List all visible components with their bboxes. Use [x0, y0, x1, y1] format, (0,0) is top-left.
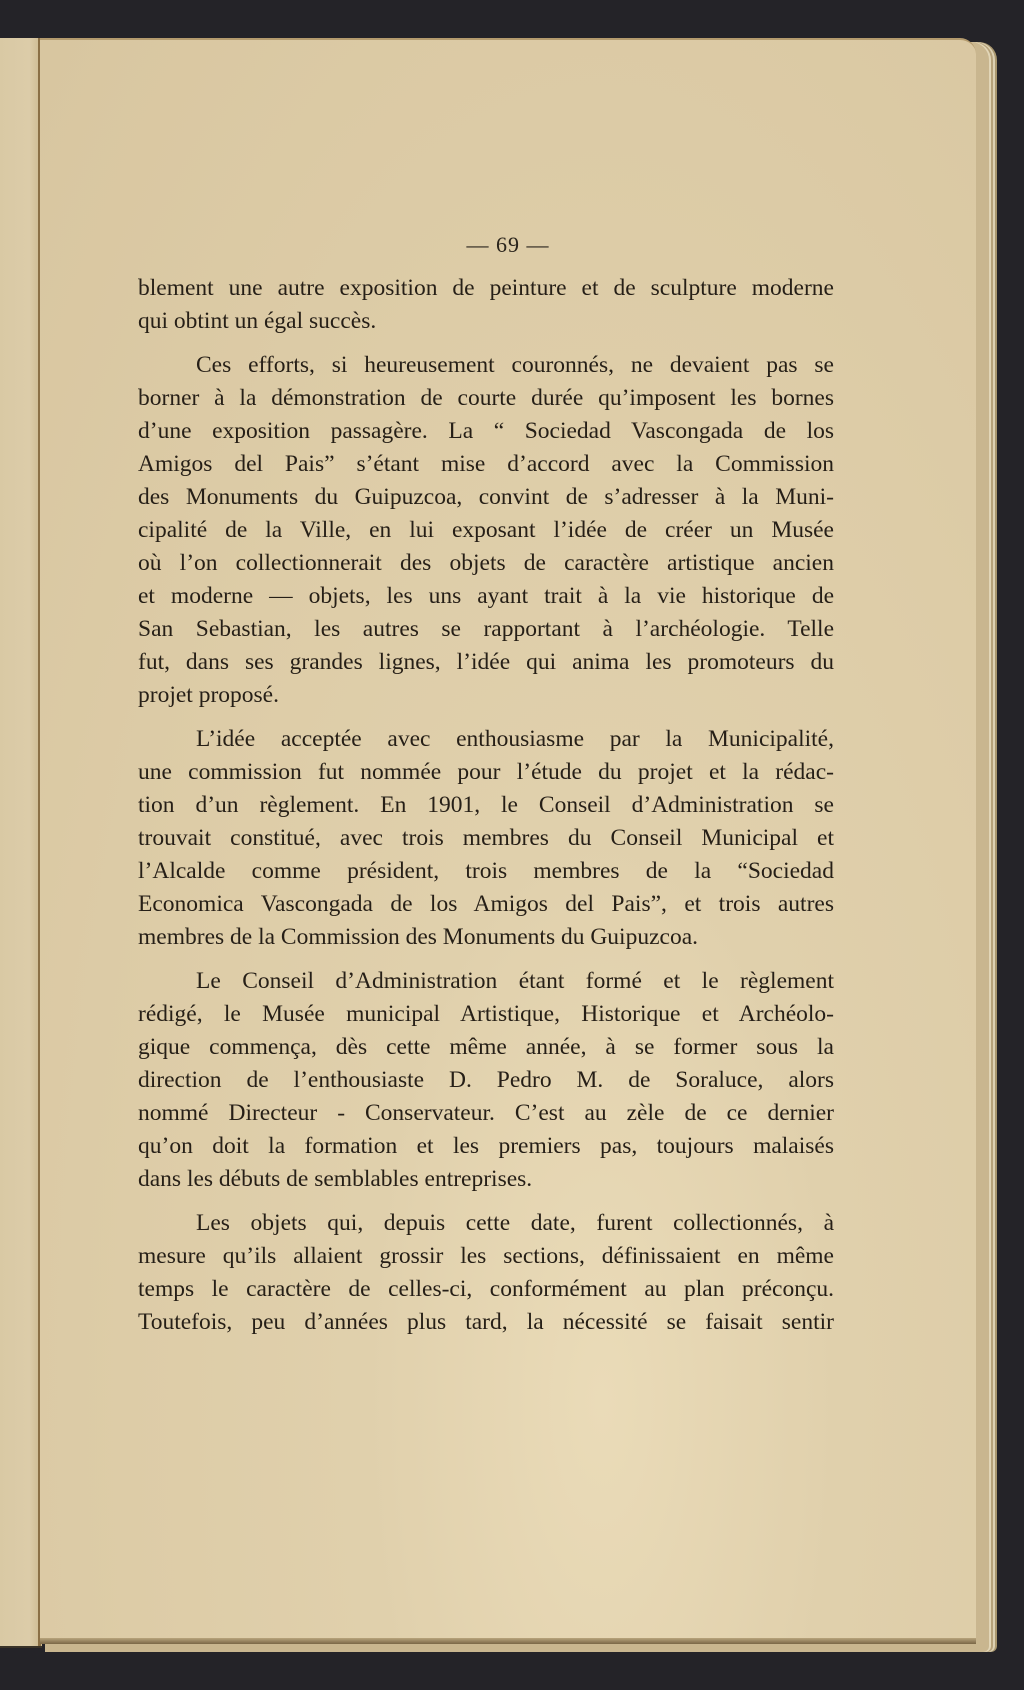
text-line: nommé Directeur - Conservateur. C’est au…	[138, 1097, 834, 1130]
paragraph: L’idée acceptée avec enthousiasme par la…	[138, 723, 834, 954]
text-line: des Monuments du Guipuzcoa, convint de s…	[138, 481, 834, 514]
text-line: dans les débuts de semblables entreprise…	[138, 1163, 834, 1196]
text-line: où l’on collectionnerait des objets de c…	[138, 547, 834, 580]
text-line: Toutefois, peu d’années plus tard, la né…	[138, 1306, 834, 1339]
paragraph: Le Conseil d’Administration étant formé …	[138, 965, 834, 1196]
paragraph: Les objets qui, depuis cette date, furen…	[138, 1207, 834, 1339]
text-line: gique commença, dès cette même année, à …	[138, 1031, 834, 1064]
book-page: — 69 — blement une autre exposition de p…	[40, 38, 976, 1642]
text-line: membres de la Commission des Monuments d…	[138, 921, 834, 954]
text-line: L’idée acceptée avec enthousiasme par la…	[138, 723, 834, 756]
text-line: borner à la démonstration de courte duré…	[138, 382, 834, 415]
body-text: blement une autre exposition de peinture…	[138, 272, 834, 1350]
text-line: l’Alcalde comme président, trois membres…	[138, 855, 834, 888]
page-bottom-edge	[40, 1638, 976, 1644]
previous-page-edge	[0, 38, 42, 1648]
text-line: Les objets qui, depuis cette date, furen…	[138, 1207, 834, 1240]
text-line: direction de l’enthousiaste D. Pedro M. …	[138, 1064, 834, 1097]
paragraph: Ces efforts, si heureusement couronnés, …	[138, 349, 834, 712]
text-line: mesure qu’ils allaient grossir les secti…	[138, 1240, 834, 1273]
text-line: une commission fut nommée pour l’étude d…	[138, 756, 834, 789]
text-line: blement une autre exposition de peinture…	[138, 272, 834, 305]
text-line: temps le caractère de celles-ci, conform…	[138, 1273, 834, 1306]
text-line: Economica Vascongada de los Amigos del P…	[138, 888, 834, 921]
text-line: et moderne — objets, les uns ayant trait…	[138, 580, 834, 613]
page-number: — 69 —	[40, 232, 976, 258]
text-line: Ces efforts, si heureusement couronnés, …	[138, 349, 834, 382]
text-line: rédigé, le Musée municipal Artistique, H…	[138, 998, 834, 1031]
text-line: Le Conseil d’Administration étant formé …	[138, 965, 834, 998]
text-line: qui obtint un égal succès.	[138, 305, 834, 338]
text-line: d’une exposition passagère. La “ Socieda…	[138, 415, 834, 448]
paragraph: blement une autre exposition de peinture…	[138, 272, 834, 338]
text-line: cipalité de la Ville, en lui exposant l’…	[138, 514, 834, 547]
text-line: trouvait constitué, avec trois membres d…	[138, 822, 834, 855]
text-line: San Sebastian, les autres se rapportant …	[138, 613, 834, 646]
text-line: projet proposé.	[138, 679, 834, 712]
text-line: Amigos del Pais” s’étant mise d’accord a…	[138, 448, 834, 481]
text-line: fut, dans ses grandes lignes, l’idée qui…	[138, 646, 834, 679]
text-line: tion d’un règlement. En 1901, le Conseil…	[138, 789, 834, 822]
text-line: qu’on doit la formation et les premiers …	[138, 1130, 834, 1163]
